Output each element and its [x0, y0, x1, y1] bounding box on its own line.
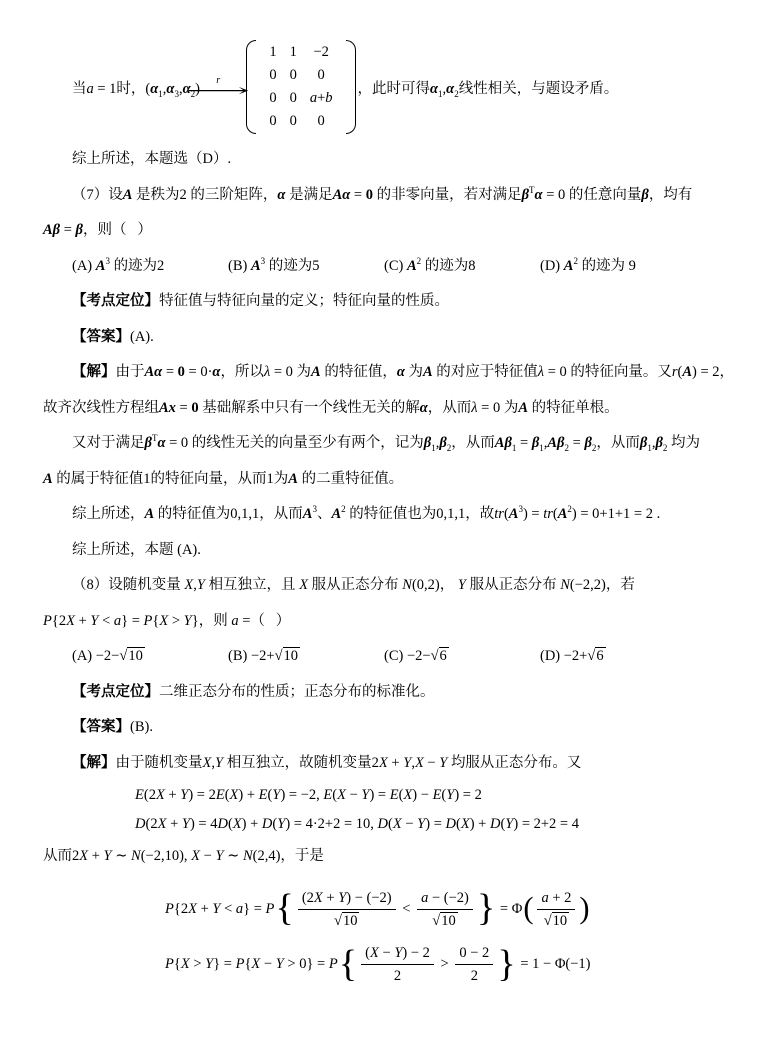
- matrix-prefix-text: 当a = 1时，(α1,α3,α2): [72, 77, 200, 98]
- matrix-entries: 11−200000a+b000: [256, 40, 345, 134]
- answer-q7: 【答案】(A).: [43, 320, 744, 356]
- solution-q7-line-5: 综上所述，A 的特征值为0,1,1，从而A3、A2 的特征值也为0,1,1，故t…: [43, 497, 744, 533]
- matrix-cell: 0: [290, 111, 297, 132]
- matrix-cell: 0: [269, 88, 276, 109]
- option-B: (B) A3 的迹为5: [228, 249, 384, 285]
- equation-expectation: E(2X + Y) = 2E(X) + E(Y) = −2, E(X − Y) …: [135, 781, 744, 810]
- arrow-shaft: ⟶: [186, 82, 249, 99]
- option-B: (B) −2+√10: [228, 639, 384, 675]
- solution-q7-line-3: 又对于满足βTα = 0 的线性无关的向量至少有两个，记为β1,β2，从而Aβ1…: [43, 426, 744, 462]
- options-q7: (A) A3 的迹为2(B) A3 的迹为5(C) A2 的迹为8(D) A2 …: [43, 249, 744, 285]
- solution-q7-line-2: 故齐次线性方程组Ax = 0 基础解系中只有一个线性无关的解α，从而λ = 0 …: [43, 391, 744, 427]
- matrix-right-paren: [346, 40, 356, 134]
- option-D: (D) −2+√6: [540, 639, 606, 675]
- matrix-cell: 0: [269, 65, 276, 86]
- matrix-cell: 0: [310, 65, 333, 86]
- exam-point-q7: 【考点定位】特征值与特征向量的定义；特征向量的性质。: [43, 284, 744, 320]
- question-7-line-1: （7）设A 是秩为2 的三阶矩阵，α 是满足Aα = 0 的非零向量，若对满足β…: [43, 178, 744, 214]
- question-7-line-2: Aβ = β，则（ ）: [43, 213, 744, 249]
- matrix-cell: 0: [290, 65, 297, 86]
- matrix-reduction-line: 当a = 1时，(α1,α3,α2)r⟶11−200000a+b000，此时可得…: [43, 40, 744, 134]
- row-reduce-arrow-icon: r⟶: [206, 76, 230, 99]
- matrix-cell: 0: [269, 111, 276, 132]
- matrix-cell: 1: [290, 42, 297, 63]
- matrix-cell: 1: [269, 42, 276, 63]
- options-q8: (A) −2−√10(B) −2+√10(C) −2−√6(D) −2+√6: [43, 639, 744, 675]
- conclusion-q6: 综上所述，本题选（D）.: [43, 142, 744, 178]
- option-A: (A) −2−√10: [72, 639, 228, 675]
- option-C: (C) A2 的迹为8: [384, 249, 540, 285]
- exam-point-q8: 【考点定位】二维正态分布的性质；正态分布的标准化。: [43, 675, 744, 711]
- equation-prob-1: P{2X + Y < a} = P{(2X + Y) − (−2)√10 < a…: [165, 889, 744, 930]
- exam-solution-page: 当a = 1时，(α1,α3,α2)r⟶11−200000a+b000，此时可得…: [0, 0, 780, 1041]
- matrix-cell: 0: [290, 88, 297, 109]
- question-8-line-1: （8）设随机变量 X,Y 相互独立，且 X 服从正态分布 N(0,2)， Y 服…: [43, 568, 744, 604]
- option-C: (C) −2−√6: [384, 639, 540, 675]
- equation-variance: D(2X + Y) = 4D(X) + D(Y) = 4·2+2 = 10, D…: [135, 810, 744, 839]
- option-D: (D) A2 的迹为 9: [540, 249, 636, 285]
- matrix-cell: −2: [310, 42, 333, 63]
- answer-q8: 【答案】(B).: [43, 710, 744, 746]
- matrix-suffix-text: ，此时可得α1,α2线性相关，与题设矛盾。: [358, 77, 619, 98]
- matrix-cell: 0: [310, 111, 333, 132]
- equation-prob-2: P{X > Y} = P{X − Y > 0} = P{(X − Y) − 22…: [165, 944, 744, 985]
- solution-q7-line-1: 【解】由于Aα = 0 = 0·α，所以λ = 0 为A 的特征值，α 为A 的…: [43, 355, 744, 391]
- question-8-line-2: P{2X + Y < a} = P{X > Y}，则 a =（ ）: [43, 604, 744, 640]
- matrix: 11−200000a+b000: [246, 40, 355, 134]
- option-A: (A) A3 的迹为2: [72, 249, 228, 285]
- conclusion-q7: 综上所述，本题 (A).: [43, 533, 744, 569]
- matrix-cell: a+b: [310, 88, 333, 109]
- solution-q7-line-4: A 的属于特征值1的特征向量，从而1为A 的二重特征值。: [43, 462, 744, 498]
- solution-q8-line-1: 【解】由于随机变量X,Y 相互独立，故随机变量2X + Y,X − Y 均服从正…: [43, 746, 744, 782]
- solution-q8-line-2: 从而2X + Y ∼ N(−2,10), X − Y ∼ N(2,4)，于是: [43, 839, 744, 875]
